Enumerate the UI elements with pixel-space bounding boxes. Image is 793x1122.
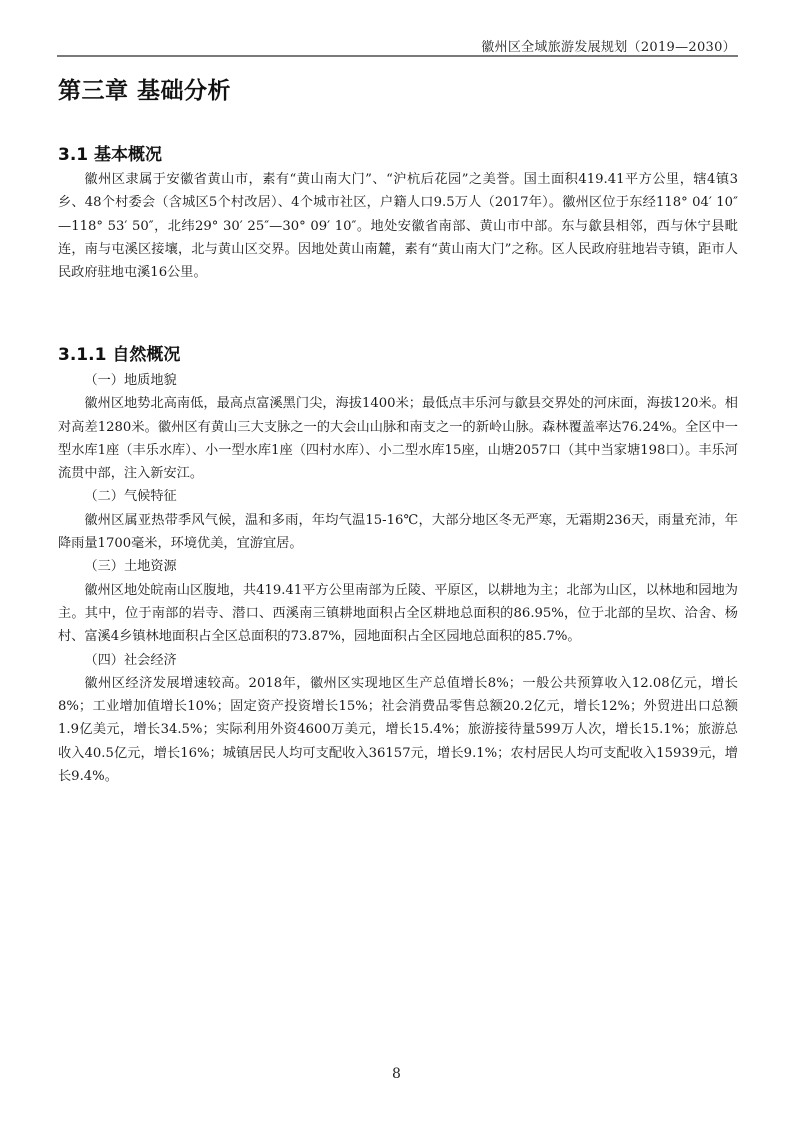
subsection-heading-economy: （四）社会经济: [58, 649, 738, 672]
section-3-1-1-body: （一）地质地貌 徽州区地势北高南低，最高点富溪黑门尖，海拔1400米；最低点丰乐…: [58, 369, 738, 788]
page-number: 8: [0, 1066, 793, 1082]
subsection-heading-climate: （二）气候特征: [58, 485, 738, 508]
paragraph-climate: 徽州区属亚热带季风气候，温和多雨，年均气温15-16℃，大部分地区冬无严寒，无霜…: [58, 509, 738, 556]
paragraph-land: 徽州区地处皖南山区腹地，共419.41平方公里南部为丘陵、平原区，以耕地为主；北…: [58, 579, 738, 649]
subsection-heading-geology: （一）地质地貌: [58, 369, 738, 392]
subsection-heading-land: （三）土地资源: [58, 555, 738, 578]
paragraph-economy: 徽州区经济发展增速较高。2018年，徽州区实现地区生产总值增长8%；一般公共预算…: [58, 672, 738, 788]
paragraph-geology: 徽州区地势北高南低，最高点富溪黑门尖，海拔1400米；最低点丰乐河与歙县交界处的…: [58, 392, 738, 485]
section-title-3-1-1: 3.1.1 自然概况: [58, 340, 180, 365]
chapter-title: 第三章 基础分析: [58, 72, 231, 105]
section-3-1-body: 徽州区隶属于安徽省黄山市，素有“黄山南大门”、“沪杭后花园”之美誉。国土面积41…: [58, 168, 738, 284]
page-header: 徽州区全域旅游发展规划（2019—2030）: [57, 34, 738, 57]
section-title-3-1: 3.1 基本概况: [58, 140, 162, 165]
document-title: 徽州区全域旅游发展规划（2019—2030）: [481, 36, 736, 55]
paragraph-overview: 徽州区隶属于安徽省黄山市，素有“黄山南大门”、“沪杭后花园”之美誉。国土面积41…: [58, 168, 738, 284]
